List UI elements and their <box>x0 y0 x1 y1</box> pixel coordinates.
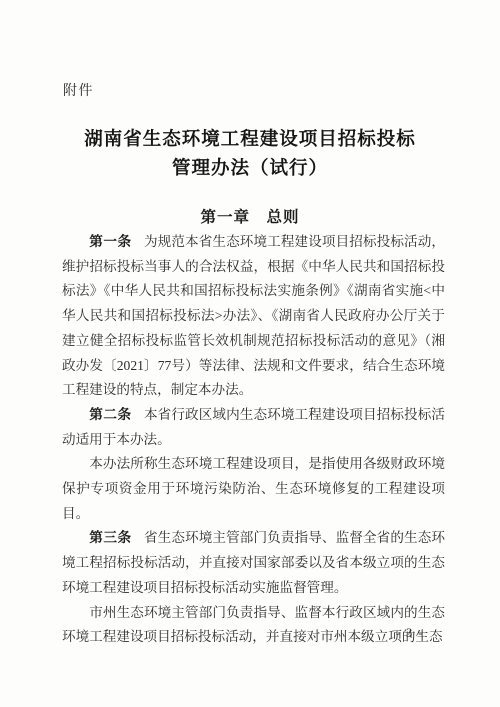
article-number: 第一条 <box>89 234 132 249</box>
document-title-line1: 湖南省生态环境工程建设项目招标投标 <box>0 126 500 155</box>
page-number: - 3 - <box>396 626 424 641</box>
article-number: 第二条 <box>89 407 132 422</box>
paragraph: 市州生态环境主管部门负责指导、监督本行政区域内的生态环境工程建设项目招标投标活动… <box>62 601 445 650</box>
paragraph: 第二条本省行政区域内生态环境工程建设项目招标投标活动适用于本办法。 <box>62 403 445 452</box>
document-body: 第一条为规范本省生态环境工程建设项目招标投标活动，维护招标投标当事人的合法权益，… <box>62 230 445 650</box>
attachment-label: 附件 <box>63 80 94 100</box>
paragraph: 第一条为规范本省生态环境工程建设项目招标投标活动，维护招标投标当事人的合法权益，… <box>62 230 445 403</box>
article-number: 第三条 <box>89 530 132 545</box>
paragraph: 本办法所称生态环境工程建设项目，是指使用各级财政环境保护专项资金用于环境污染防治… <box>62 452 445 526</box>
chapter-heading: 第一章 总则 <box>0 205 500 227</box>
document-page: 附件 湖南省生态环境工程建设项目招标投标 管理办法（试行） 第一章 总则 第一条… <box>0 0 500 707</box>
document-title: 湖南省生态环境工程建设项目招标投标 管理办法（试行） <box>0 126 500 184</box>
document-title-line2: 管理办法（试行） <box>0 155 500 184</box>
paragraph: 第三条省生态环境主管部门负责指导、监督全省的生态环境工程招标投标活动，并直接对国… <box>62 526 445 600</box>
